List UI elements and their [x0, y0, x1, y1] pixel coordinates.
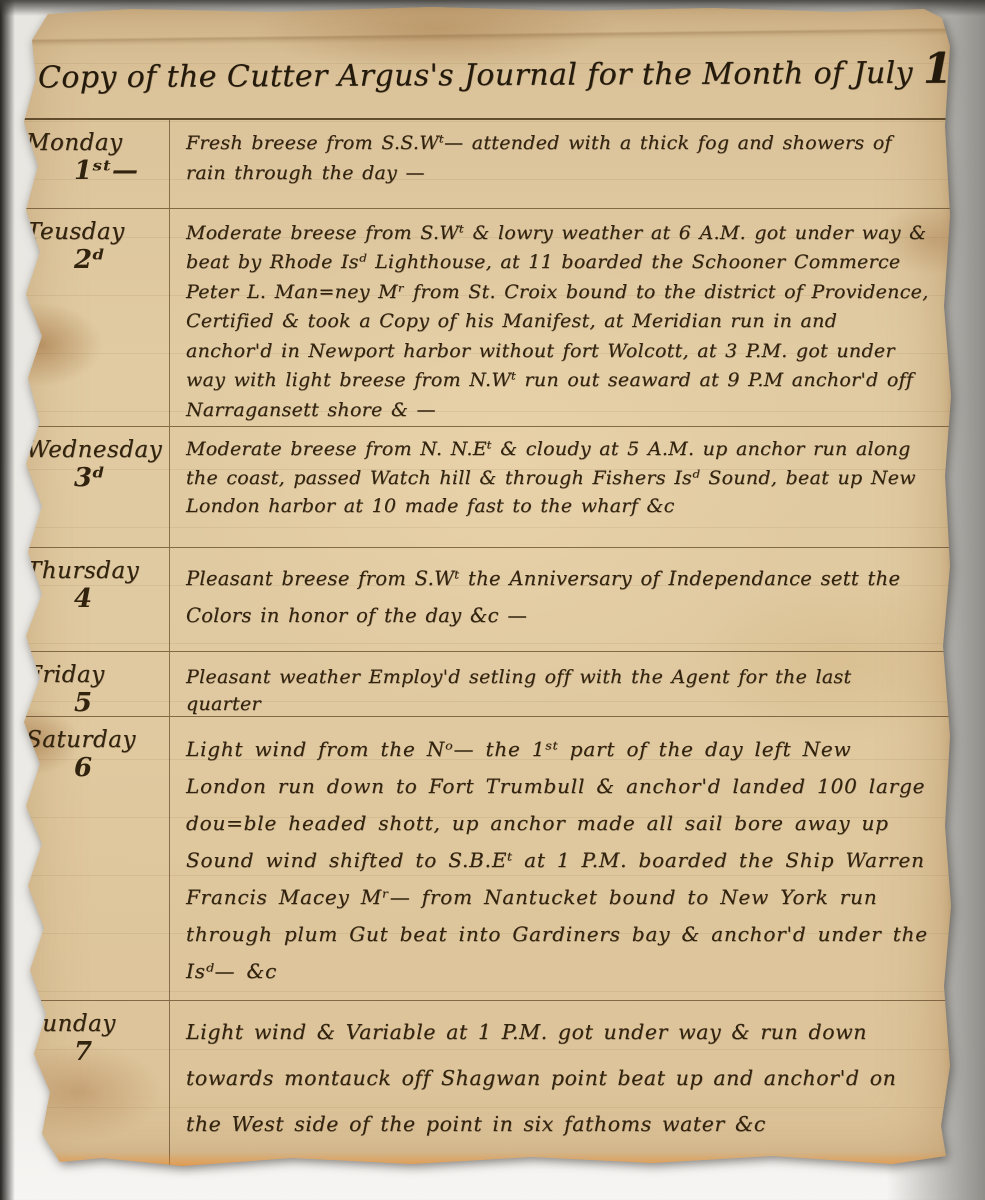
scan-backdrop: Copy of the Cutter Argus's Journal for t…	[0, 0, 985, 1200]
entry-day-number: 5	[26, 688, 169, 718]
torn-edge-scan-glow	[12, 1152, 952, 1174]
entry-day-name: Teusday	[26, 219, 169, 245]
entry-text: Moderate breese from S.Wᵗ & lowry weathe…	[170, 209, 952, 426]
entry-day-cell: Sunday 7	[12, 1001, 170, 1174]
journal-title-year: 1799	[923, 47, 985, 90]
entry-day-cell: Friday 5	[12, 652, 170, 716]
entry-day-cell: Thursday 4	[12, 548, 170, 651]
entry-text: Light wind from the Nᵒ— the 1ˢᵗ part of …	[170, 717, 952, 1000]
journal-entry-row-saturday: Saturday 6 Light wind from the Nᵒ— the 1…	[12, 716, 952, 1000]
entry-day-name: Thursday	[26, 558, 169, 584]
journal-entry-row-monday: Monday 1ˢᵗ— Fresh breese from S.S.Wᵗ— at…	[12, 120, 952, 208]
journal-table: Monday 1ˢᵗ— Fresh breese from S.S.Wᵗ— at…	[12, 118, 952, 1174]
entry-text: Fresh breese from S.S.Wᵗ— attended with …	[170, 120, 952, 208]
journal-entry-row-sunday: Sunday 7 Light wind & Variable at 1 P.M.…	[12, 1000, 952, 1174]
entry-day-name: Friday	[26, 662, 169, 688]
entry-text: Light wind & Variable at 1 P.M. got unde…	[170, 1001, 952, 1174]
journal-entry-row-wednesday: Wednesday 3ᵈ Moderate breese from N. N.E…	[12, 426, 952, 547]
manuscript-page: Copy of the Cutter Argus's Journal for t…	[12, 6, 952, 1174]
journal-title: Copy of the Cutter Argus's Journal for t…	[38, 48, 928, 119]
entry-text: Pleasant breese from S.Wᵗ the Anniversar…	[170, 548, 952, 651]
entry-day-number: 2ᵈ	[26, 245, 169, 275]
entry-day-number: 7	[26, 1037, 169, 1067]
entry-day-name: Wednesday	[26, 437, 169, 463]
entry-day-cell: Saturday 6	[12, 717, 170, 1000]
journal-entry-row-friday: Friday 5 Pleasant weather Employ'd setli…	[12, 651, 952, 716]
entry-text: Moderate breese from N. N.Eᵗ & cloudy at…	[170, 427, 952, 547]
entry-day-cell: Teusday 2ᵈ	[12, 209, 170, 426]
entry-day-cell: Monday 1ˢᵗ—	[12, 120, 170, 208]
journal-title-text: Copy of the Cutter Argus's Journal for t…	[38, 56, 913, 96]
entry-day-number: 3ᵈ	[26, 463, 169, 493]
entry-day-cell: Wednesday 3ᵈ	[12, 427, 170, 547]
journal-entry-row-tuesday: Teusday 2ᵈ Moderate breese from S.Wᵗ & l…	[12, 208, 952, 426]
entry-day-name: Sunday	[26, 1011, 169, 1037]
entry-day-name: Monday	[26, 130, 169, 156]
entry-day-number: 6	[26, 753, 169, 783]
entry-day-name: Saturday	[26, 727, 169, 753]
entry-day-number: 1ˢᵗ—	[26, 156, 169, 186]
entry-text: Pleasant weather Employ'd setling off wi…	[170, 652, 952, 716]
entry-day-number: 4	[26, 584, 169, 614]
journal-entry-row-thursday: Thursday 4 Pleasant breese from S.Wᵗ the…	[12, 547, 952, 651]
